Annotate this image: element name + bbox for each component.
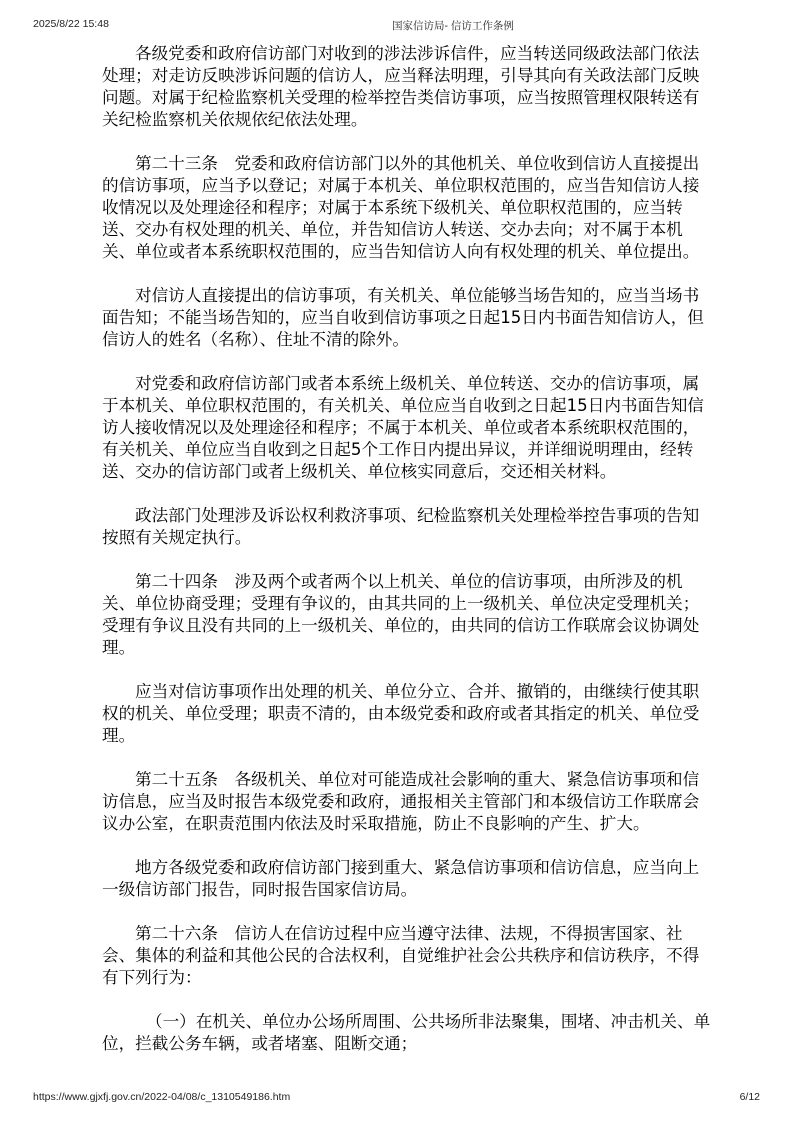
text-line: 信访人的姓名（名称）、住址不清的除外。 [102, 329, 692, 351]
text-line: 处理；对走访反映涉诉问题的信访人，应当释法明理，引导其向有关政法部门反映 [102, 65, 692, 87]
text-line: 受理有争议且没有共同的上一级机关、单位的，由共同的信访工作联席会议协调处 [102, 615, 692, 637]
text-line: 面告知；不能当场告知的，应当自收到信访事项之日起15日内书面告知信访人，但 [102, 307, 692, 329]
article-26: 第二十六条 信访人在信访过程中应当遵守法律、法规，不得损害国家、社 会、集体的利… [102, 923, 692, 989]
text-line: 对党委和政府信访部门或者本系统上级机关、单位转送、交办的信访事项，属 [102, 373, 692, 395]
text-line: 理。 [102, 637, 692, 659]
text-line: 政法部门处理涉及诉讼权利救济事项、纪检监察机关处理检举控告事项的告知 [102, 505, 692, 527]
text-line: （一）在机关、单位办公场所周围、公共场所非法聚集，围堵、冲击机关、单 [102, 1011, 692, 1033]
paragraph-reorganized-units: 应当对信访事项作出处理的机关、单位分立、合并、撤销的，由继续行使其职 权的机关、… [102, 681, 692, 747]
page-number: 6/12 [740, 1091, 760, 1103]
article-24: 第二十四条 涉及两个或者两个以上机关、单位的信访事项，由所涉及的机 关、单位协商… [102, 571, 692, 659]
text-line: 应当对信访事项作出处理的机关、单位分立、合并、撤销的，由继续行使其职 [102, 681, 692, 703]
print-footer: https://www.gjxfj.gov.cn/2022-04/08/c_13… [0, 1091, 793, 1107]
document-body: 各级党委和政府信访部门对收到的涉法涉诉信件，应当转送同级政法部门依法 处理；对走… [102, 43, 692, 1077]
text-line: 一级信访部门报告，同时报告国家信访局。 [102, 879, 692, 901]
text-line: 按照有关规定执行。 [102, 527, 692, 549]
text-line: 关、单位或者本系统职权范围的，应当告知信访人向有权处理的机关、单位提出。 [102, 241, 692, 263]
text-line: 的信访事项，应当予以登记；对属于本机关、单位职权范围的，应当告知信访人接 [102, 175, 692, 197]
text-line: 权的机关、单位受理；职责不清的，由本级党委和政府或者其指定的机关、单位受 [102, 703, 692, 725]
text-line: 第二十四条 涉及两个或者两个以上机关、单位的信访事项，由所涉及的机 [102, 571, 692, 593]
page-title: 国家信访局- 信访工作条例 [392, 18, 514, 33]
paragraph-transfer-legal-letters: 各级党委和政府信访部门对收到的涉法涉诉信件，应当转送同级政法部门依法 处理；对走… [102, 43, 692, 131]
text-line: 送、交办有权处理的机关、单位，并告知信访人转送、交办去向；对不属于本机 [102, 219, 692, 241]
text-line: 有关机关、单位应当自收到之日起5个工作日内提出异议，并详细说明理由，经转 [102, 439, 692, 461]
article-23: 第二十三条 党委和政府信访部门以外的其他机关、单位收到信访人直接提出 的信访事项… [102, 153, 692, 263]
print-datetime: 2025/8/22 15:48 [33, 18, 109, 30]
text-line: 位，拦截公务车辆，或者堵塞、阻断交通； [102, 1033, 692, 1055]
text-line: 关、单位协商受理；受理有争议的，由其共同的上一级机关、单位决定受理机关； [102, 593, 692, 615]
text-line: 访信息，应当及时报告本级党委和政府，通报相关主管部门和本级信访工作联席会 [102, 791, 692, 813]
text-line: 收情况以及处理途径和程序；对属于本系统下级机关、单位职权范围的，应当转 [102, 197, 692, 219]
paragraph-legal-notification: 政法部门处理涉及诉讼权利救济事项、纪检监察机关处理检举控告事项的告知 按照有关规… [102, 505, 692, 549]
text-line: 理。 [102, 725, 692, 747]
paragraph-direct-notification: 对信访人直接提出的信访事项，有关机关、单位能够当场告知的，应当当场书 面告知；不… [102, 285, 692, 351]
text-line: 送、交办的信访部门或者上级机关、单位核实同意后，交还相关材料。 [102, 461, 692, 483]
print-header: 2025/8/22 15:48 国家信访局- 信访工作条例 [0, 18, 793, 34]
text-line: 有下列行为： [102, 967, 692, 989]
text-line: 议办公室，在职责范围内依法及时采取措施，防止不良影响的产生、扩大。 [102, 813, 692, 835]
text-line: 对信访人直接提出的信访事项，有关机关、单位能够当场告知的，应当当场书 [102, 285, 692, 307]
text-line: 第二十五条 各级机关、单位对可能造成社会影响的重大、紧急信访事项和信 [102, 769, 692, 791]
text-line: 第二十六条 信访人在信访过程中应当遵守法律、法规，不得损害国家、社 [102, 923, 692, 945]
article-26-item-1: （一）在机关、单位办公场所周围、公共场所非法聚集，围堵、冲击机关、单 位，拦截公… [102, 1011, 692, 1055]
text-line: 会、集体的利益和其他公民的合法权利，自觉维护社会公共秩序和信访秩序，不得 [102, 945, 692, 967]
text-line: 于本机关、单位职权范围的，有关机关、单位应当自收到之日起15日内书面告知信 [102, 395, 692, 417]
text-line: 问题。对属于纪检监察机关受理的检举控告类信访事项，应当按照管理权限转送有 [102, 87, 692, 109]
text-line: 第二十三条 党委和政府信访部门以外的其他机关、单位收到信访人直接提出 [102, 153, 692, 175]
source-url: https://www.gjxfj.gov.cn/2022-04/08/c_13… [33, 1091, 290, 1103]
text-line: 地方各级党委和政府信访部门接到重大、紧急信访事项和信访信息，应当向上 [102, 857, 692, 879]
article-25: 第二十五条 各级机关、单位对可能造成社会影响的重大、紧急信访事项和信 访信息，应… [102, 769, 692, 835]
text-line: 关纪检监察机关依规依纪依法处理。 [102, 109, 692, 131]
text-line: 访人接收情况以及处理途径和程序；不属于本机关、单位或者本系统职权范围的， [102, 417, 692, 439]
paragraph-local-reporting: 地方各级党委和政府信访部门接到重大、紧急信访事项和信访信息，应当向上 一级信访部… [102, 857, 692, 901]
text-line: 各级党委和政府信访部门对收到的涉法涉诉信件，应当转送同级政法部门依法 [102, 43, 692, 65]
paragraph-transferred-matters: 对党委和政府信访部门或者本系统上级机关、单位转送、交办的信访事项，属 于本机关、… [102, 373, 692, 483]
